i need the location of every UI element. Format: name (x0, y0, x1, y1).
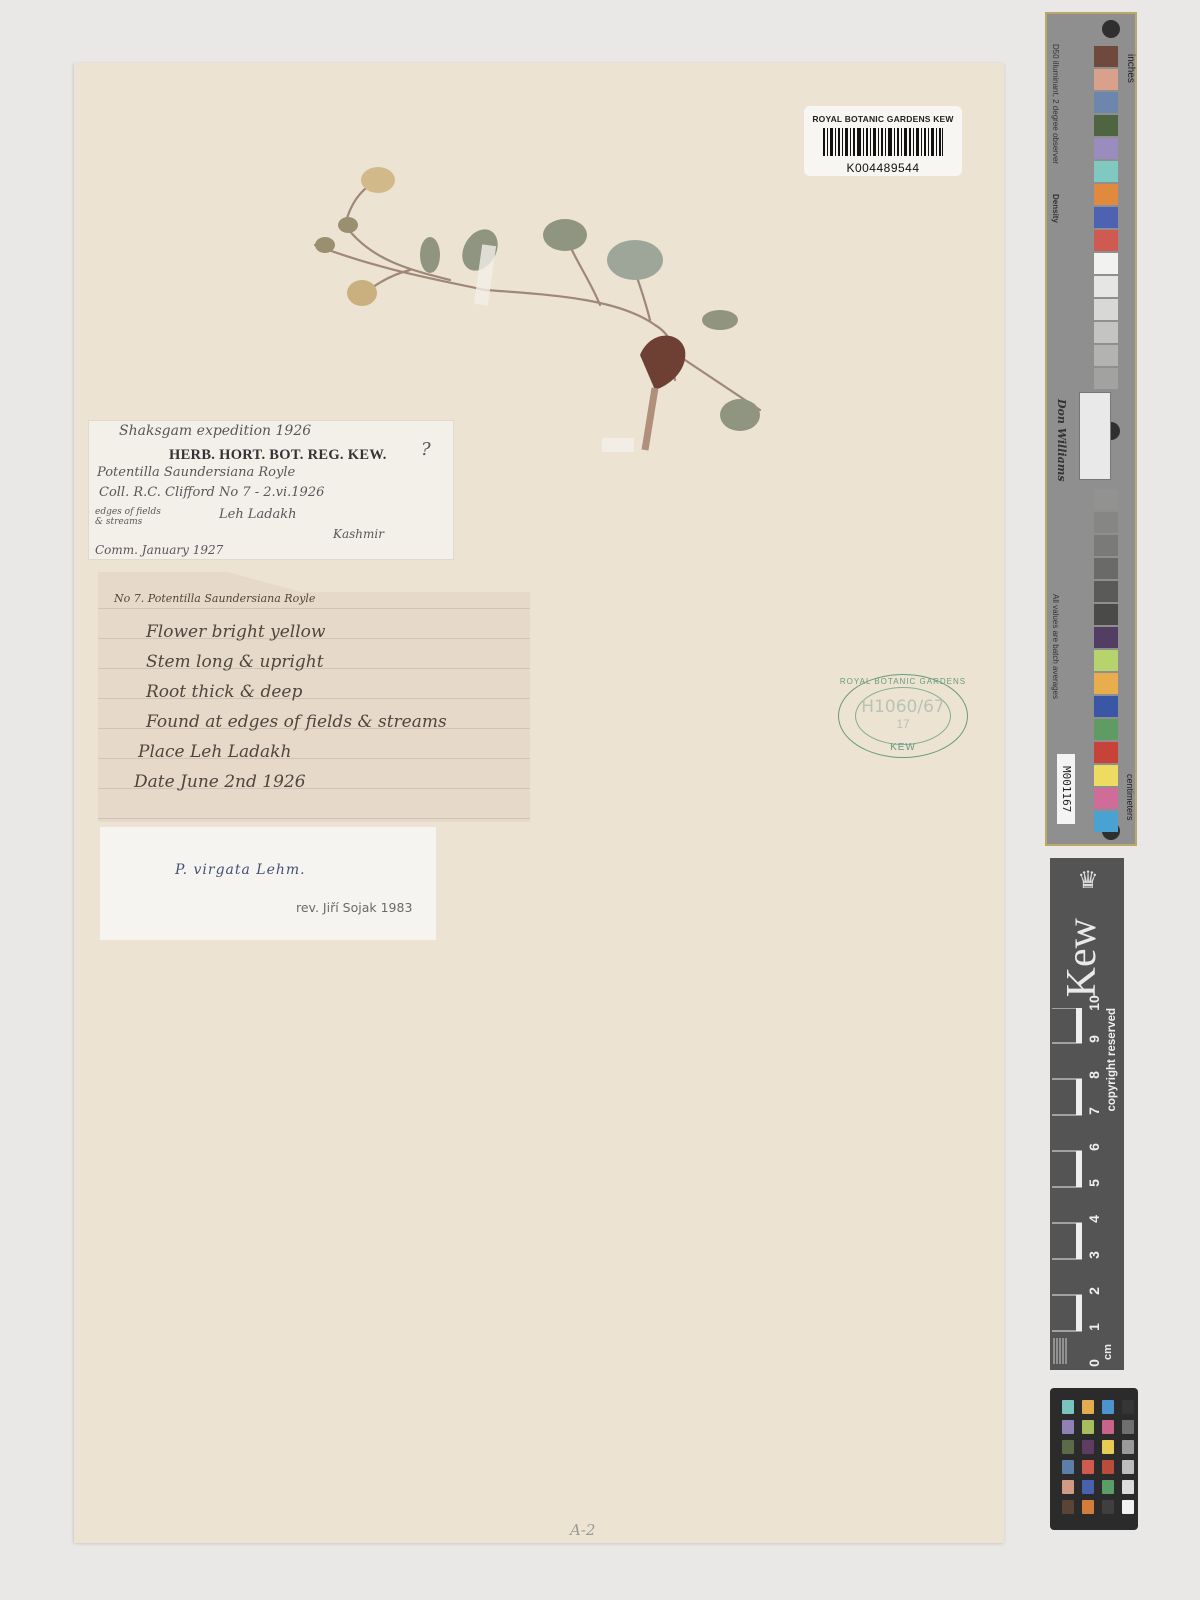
color-swatch (1122, 1500, 1134, 1514)
scale-digit: 3 (1086, 1245, 1102, 1265)
stamp-text: ROYAL BOTANIC GARDENS (839, 677, 967, 686)
values-note: All values are batch averages (1051, 594, 1060, 699)
illuminant-note: D50 illuminant, 2 degree observer (1051, 44, 1060, 164)
color-swatch (1062, 1460, 1074, 1474)
color-patch (1094, 299, 1118, 320)
determination-slip: P. virgata Lehm. rev. Jiří Sojak 1983 (100, 827, 436, 940)
color-patch (1094, 115, 1118, 136)
field-note-line: Place Leh Ladakh (138, 742, 291, 762)
color-patch (1094, 558, 1118, 579)
color-patch (1094, 742, 1118, 763)
target-logo-icon (1079, 392, 1111, 480)
color-swatch (1082, 1420, 1094, 1434)
color-patch (1094, 322, 1118, 343)
kew-stamp: ROYAL BOTANIC GARDENS H1060/67 17 KEW (838, 674, 968, 758)
color-swatch-grid (1062, 1400, 1134, 1514)
locality-text: Leh Ladakh (219, 507, 297, 522)
color-swatch (1102, 1500, 1114, 1514)
color-swatch (1102, 1480, 1114, 1494)
query-mark: ? (421, 439, 431, 460)
communicated-text: Comm. January 1927 (95, 543, 223, 557)
scale-digit: 0 (1086, 1353, 1102, 1373)
color-swatch (1082, 1500, 1094, 1514)
color-checker-card (1050, 1388, 1138, 1530)
scale-digit: 7 (1086, 1101, 1102, 1121)
centimeters-label: centimeters (1125, 774, 1135, 821)
color-patch (1094, 207, 1118, 228)
barcode-number: K004489544 (804, 161, 962, 175)
color-patch (1094, 184, 1118, 205)
color-patch (1094, 811, 1118, 832)
scale-digit: 9 (1086, 1029, 1102, 1049)
density-label: Density (1051, 194, 1060, 223)
color-swatch (1082, 1440, 1094, 1454)
color-patches-top (1094, 46, 1118, 391)
color-calibration-bar: inches centimeters D50 illuminant, 2 deg… (1045, 12, 1137, 846)
color-patch (1094, 138, 1118, 159)
revision-text: rev. Jiří Sojak 1983 (296, 900, 412, 915)
color-swatch (1122, 1480, 1134, 1494)
color-patch (1094, 673, 1118, 694)
field-notes-label: No 7. Potentilla Saundersiana Royle Flow… (98, 572, 530, 822)
scale-digit: 10 (1086, 993, 1102, 1013)
color-patch (1094, 627, 1118, 648)
color-patch (1094, 161, 1118, 182)
punch-hole-icon (1102, 20, 1120, 38)
brand-text: Don Williams (1055, 399, 1068, 482)
herbarium-header: HERB. HORT. BOT. REG. KEW. (169, 447, 387, 464)
taxon-name: Potentilla Saundersiana Royle (97, 465, 295, 480)
field-note-line: Stem long & upright (146, 652, 324, 672)
collector-text: Coll. R.C. Clifford No 7 - 2.vi.1926 (99, 485, 324, 500)
color-patch (1094, 765, 1118, 786)
color-swatch (1062, 1500, 1074, 1514)
field-label-title: No 7. Potentilla Saundersiana Royle (114, 592, 315, 605)
scale-digit: 8 (1086, 1065, 1102, 1085)
color-swatch (1062, 1420, 1074, 1434)
stamp-sub: 17 (839, 717, 967, 731)
color-swatch (1122, 1440, 1134, 1454)
color-swatch (1082, 1480, 1094, 1494)
color-patch (1094, 230, 1118, 251)
color-patch (1094, 719, 1118, 740)
field-note-line: Date June 2nd 1926 (134, 772, 306, 792)
color-patch (1094, 92, 1118, 113)
color-patch (1094, 535, 1118, 556)
color-patch (1094, 604, 1118, 625)
color-patch (1094, 46, 1118, 67)
color-swatch (1102, 1400, 1114, 1414)
color-patch (1094, 253, 1118, 274)
color-swatch (1122, 1400, 1134, 1414)
color-swatch (1062, 1480, 1074, 1494)
stamp-number: H1060/67 (839, 697, 967, 717)
kew-wordmark: Kew (1058, 918, 1106, 997)
stamp-place: KEW (839, 742, 967, 753)
color-patches-bottom (1094, 489, 1118, 834)
scale-digit: 1 (1086, 1317, 1102, 1337)
field-note-line: Root thick & deep (146, 682, 302, 702)
color-swatch (1082, 1400, 1094, 1414)
color-patch (1094, 276, 1118, 297)
color-patch (1094, 788, 1118, 809)
barcode-label: ROYAL BOTANIC GARDENS KEW K004489544 (804, 106, 962, 176)
field-note-line: Found at edges of fields & streams (146, 712, 447, 732)
barcode-icon (823, 128, 943, 156)
field-note-line: Flower bright yellow (146, 622, 325, 642)
expedition-text: Shaksgam expedition 1926 (119, 423, 311, 439)
color-patch (1094, 650, 1118, 671)
pencil-mark: A-2 (570, 1521, 595, 1539)
institution-name: ROYAL BOTANIC GARDENS KEW (804, 114, 962, 124)
color-swatch (1062, 1400, 1074, 1414)
habitat-text: edges of fields & streams (95, 507, 165, 527)
color-swatch (1102, 1420, 1114, 1434)
scale-digit: 4 (1086, 1209, 1102, 1229)
color-swatch (1102, 1440, 1114, 1454)
inches-label: inches (1125, 54, 1136, 83)
color-patch (1094, 696, 1118, 717)
color-patch (1094, 512, 1118, 533)
copyright-text: copyright reserved (1106, 1008, 1118, 1112)
cm-label: cm (1102, 1344, 1114, 1360)
color-patch (1094, 368, 1118, 389)
color-swatch (1122, 1460, 1134, 1474)
color-bar-id: M001167 (1057, 754, 1075, 824)
region-text: Kashmir (333, 527, 384, 541)
kew-scale-bar: ♛ Kew copyright reserved 0 1 2 3 4 5 6 (1050, 858, 1124, 1370)
color-swatch (1062, 1440, 1074, 1454)
color-swatch (1082, 1460, 1094, 1474)
scale-digit: 6 (1086, 1137, 1102, 1157)
color-patch (1094, 581, 1118, 602)
royal-crest-icon: ♛ (1070, 866, 1106, 902)
color-patch (1094, 345, 1118, 366)
color-patch (1094, 489, 1118, 510)
color-swatch (1122, 1420, 1134, 1434)
herbarium-label: Shaksgam expedition 1926 HERB. HORT. BOT… (88, 420, 454, 560)
color-patch (1094, 69, 1118, 90)
color-swatch (1102, 1460, 1114, 1474)
determination-text: P. virgata Lehm. (175, 862, 306, 878)
ruler-icon (1052, 1008, 1082, 1366)
scale-digit: 2 (1086, 1281, 1102, 1301)
scale-digit: 5 (1086, 1173, 1102, 1193)
